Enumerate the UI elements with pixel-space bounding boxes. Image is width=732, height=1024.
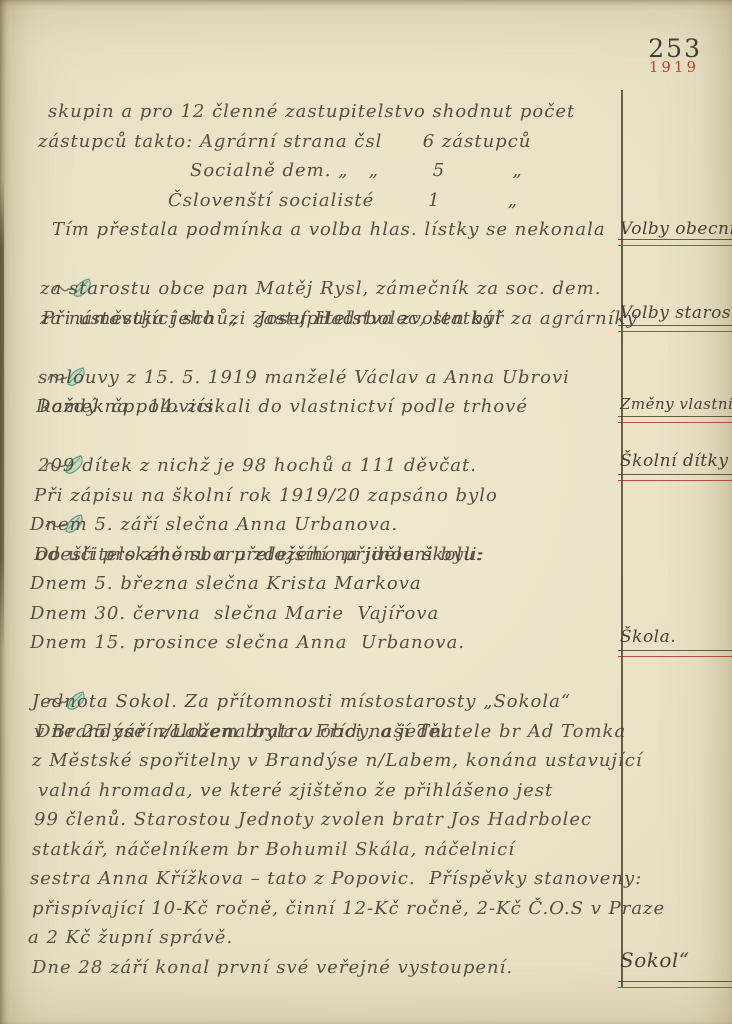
manuscript-line: skupin a pro 12 členné zastupitelstvo sh… [0, 97, 732, 127]
manuscript-line: Domek čp. 14. získali do vlastnictví pod… [0, 333, 732, 363]
margin-note-sokol: Sokol“ [620, 948, 690, 972]
manuscript-text: Dne 28 září konal první své veřejné vyst… [32, 957, 513, 978]
manuscript-text: skupin a pro 12 členné zastupitelstvo sh… [48, 101, 575, 122]
manuscript-text: statkář, náčelníkem br Bohumil Skála, ná… [32, 839, 515, 860]
manuscript-text: a 2 Kč župní správě. [28, 927, 233, 948]
manuscript-text: valná hromada, ve které zjištěno že přih… [38, 780, 553, 801]
manuscript-text: v Brandýse n/Labem bratra Frídy, a jedna… [34, 721, 626, 742]
manuscript-line: Při zápisu na školní rok 1919/20 zapsáno… [0, 422, 732, 452]
manuscript-text: 99 členů. Starostou Jednoty zvolen bratr… [34, 809, 592, 830]
manuscript-text: za náměstka jeho „ Josef Hadrbolec, stat… [40, 308, 638, 329]
manuscript-line: přispívající 10-Kč ročně, činní 12-Kč ro… [0, 894, 732, 924]
manuscript-line: valná hromada, ve které zjištěno že přih… [0, 776, 732, 806]
manuscript-text: Čslovenští socialisté 1 „ [168, 190, 518, 211]
manuscript-text: zástupců takto: Agrární strana čsl 6 zás… [38, 131, 531, 152]
manuscript-text: každý na polovici. [40, 396, 221, 417]
manuscript-line: Dne 25 září založena byla v obci naší Tě… [0, 658, 732, 688]
manuscript-line: z Městské spořitelny v Brandýse n/Labem,… [0, 746, 732, 776]
manuscript-text: Dnem 30. června slečna Marie Vajířova [30, 603, 439, 624]
manuscript-line: Čslovenští socialisté 1 „ [0, 186, 732, 216]
manuscript-line: za starostu obce pan Matěj Rysl, zámeční… [0, 274, 732, 304]
manuscript-text: 209 dítek z nichž je 98 hochů a 111 děvč… [38, 455, 477, 476]
manuscript-text: za starostu obce pan Matěj Rysl, zámeční… [40, 278, 601, 299]
margin-note-zmeny-vlastnictvi: Změny vlastnictví [620, 395, 732, 413]
margin-note-skola: Škola. [620, 627, 676, 647]
manuscript-text: odešli pro změnu a přeložení na jinou šk… [36, 544, 483, 565]
manuscript-line: odešli pro změnu a přeložení na jinou šk… [0, 540, 732, 570]
margin-note-volby-obecni: Volby obecní [620, 219, 732, 239]
manuscript-line: Socialně dem. „ „ 5 „ [0, 156, 732, 186]
manuscript-line: v Brandýse n/Labem bratra Frídy, a jedna… [0, 717, 732, 747]
manuscript-text: Tím přestala podmínka a volba hlas. líst… [52, 219, 606, 240]
manuscript-text: Dnem 5. března slečna Krista Markova [30, 573, 422, 594]
manuscript-line: Jednota Sokol. Za přítomnosti místostaro… [0, 687, 732, 717]
manuscript-text: přispívající 10-Kč ročně, činní 12-Kč ro… [32, 898, 665, 919]
manuscript-text: Jednota Sokol. Za přítomnosti místostaro… [32, 691, 571, 712]
manuscript-text: Socialně dem. „ „ 5 „ [190, 160, 523, 181]
manuscript-text: Při zápisu na školní rok 1919/20 zapsáno… [34, 485, 498, 506]
manuscript-line: statkář, náčelníkem br Bohumil Skála, ná… [0, 835, 732, 865]
manuscript-line: zástupců takto: Agrární strana čsl 6 zás… [0, 127, 732, 157]
manuscript-line: Dnem 5. září slečna Anna Urbanova. [0, 510, 732, 540]
margin-underline [618, 981, 732, 988]
manuscript-line: sestra Anna Křížkova – tato z Popovic. P… [0, 864, 732, 894]
manuscript-text: Dnem 5. září slečna Anna Urbanova. [30, 514, 398, 535]
manuscript-line: smlouvy z 15. 5. 1919 manželé Václav a A… [0, 363, 732, 393]
manuscript-line: Dnem 30. června slečna Marie Vajířova [0, 599, 732, 629]
manuscript-text: Dnem 15. prosince slečna Anna Urbanova. [30, 632, 465, 653]
manuscript-line: 99 členů. Starostou Jednoty zvolen bratr… [0, 805, 732, 835]
chronicle-page: 253 1919 skupin a pro 12 členné zastupit… [0, 0, 732, 1024]
manuscript-line: Při ustavující schůzi zastupitelstva zvo… [0, 245, 732, 275]
manuscript-text: smlouvy z 15. 5. 1919 manželé Václav a A… [38, 367, 570, 388]
page-year-stamp: 1919 [649, 58, 699, 76]
manuscript-text: z Městské spořitelny v Brandýse n/Labem,… [32, 750, 643, 771]
margin-note-volby-starostens: Volby starostens. [620, 303, 732, 323]
manuscript-line: Dnem 5. března slečna Krista Markova [0, 569, 732, 599]
margin-note-skolni-ditky: Školní dítky [620, 451, 728, 471]
manuscript-text: sestra Anna Křížkova – tato z Popovic. P… [30, 868, 642, 889]
